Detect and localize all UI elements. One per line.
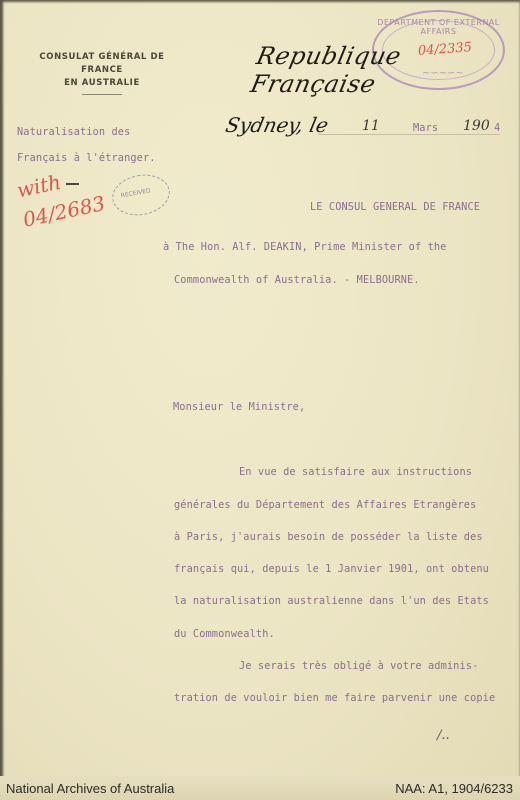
body-p1-line4: français qui, depuis le 1 Janvier 1901, … — [174, 563, 489, 575]
document-page: CONSULAT GÉNÉRAL DE FRANCE EN AUSTRALIE … — [0, 0, 520, 800]
recipient-line2: Commonwealth of Australia. - MELBOURNE. — [174, 274, 420, 286]
letterhead-line1: CONSULAT GÉNÉRAL DE FRANCE — [22, 51, 182, 77]
subject-line1: Naturalisation des — [17, 126, 130, 138]
recipient-line1: à The Hon. Alf. DEAKIN, Prime Minister o… — [163, 241, 446, 253]
date-place: Sydney, le — [223, 113, 330, 137]
date-day: 11 — [362, 118, 380, 134]
body-p1-line5: la naturalisation australienne dans l'un… — [174, 595, 489, 607]
body-p2-line1: Je serais très obligé à votre adminis- — [239, 660, 478, 672]
salutation: Monsieur le Ministre, — [173, 401, 305, 413]
archive-reference: NAA: A1, 1904/6233 — [395, 781, 513, 796]
body-p1-line3: à Paris, j'aurais besoin de posséder la … — [174, 531, 483, 543]
stamp-text: DEPARTMENT OF EXTERNAL AFFAIRS — [374, 18, 503, 36]
body-p1-line2: générales du Département des Affaires Et… — [174, 499, 476, 511]
received-stamp-text: RECEIVED — [120, 187, 151, 199]
date-month: Mars — [413, 122, 438, 134]
letterhead-rule — [82, 94, 122, 95]
received-stamp: RECEIVED — [109, 170, 173, 219]
body-p2-line2: tration de vouloir bien me faire parveni… — [174, 692, 495, 704]
letterhead-line2: EN AUSTRALIE — [22, 77, 182, 90]
letterhead: CONSULAT GÉNÉRAL DE FRANCE EN AUSTRALIE — [22, 51, 182, 95]
archive-name: National Archives of Australia — [6, 781, 174, 796]
republique-francaise-header: Republique Française — [248, 42, 520, 98]
date-year-suffix: 4 — [494, 122, 500, 134]
date-year-prefix: 190 — [463, 118, 490, 134]
date-rule — [318, 134, 500, 135]
body-p1-line1: En vue de satisfaire aux instructions — [239, 466, 472, 478]
sender-line: LE CONSUL GENERAL DE FRANCE — [310, 201, 480, 213]
red-annotation: with 04/2683 — [14, 159, 108, 235]
body-p1-line6: du Commonwealth. — [174, 628, 275, 640]
archive-footer: National Archives of Australia NAA: A1, … — [0, 776, 520, 800]
continuation-mark: /.. — [437, 728, 450, 743]
